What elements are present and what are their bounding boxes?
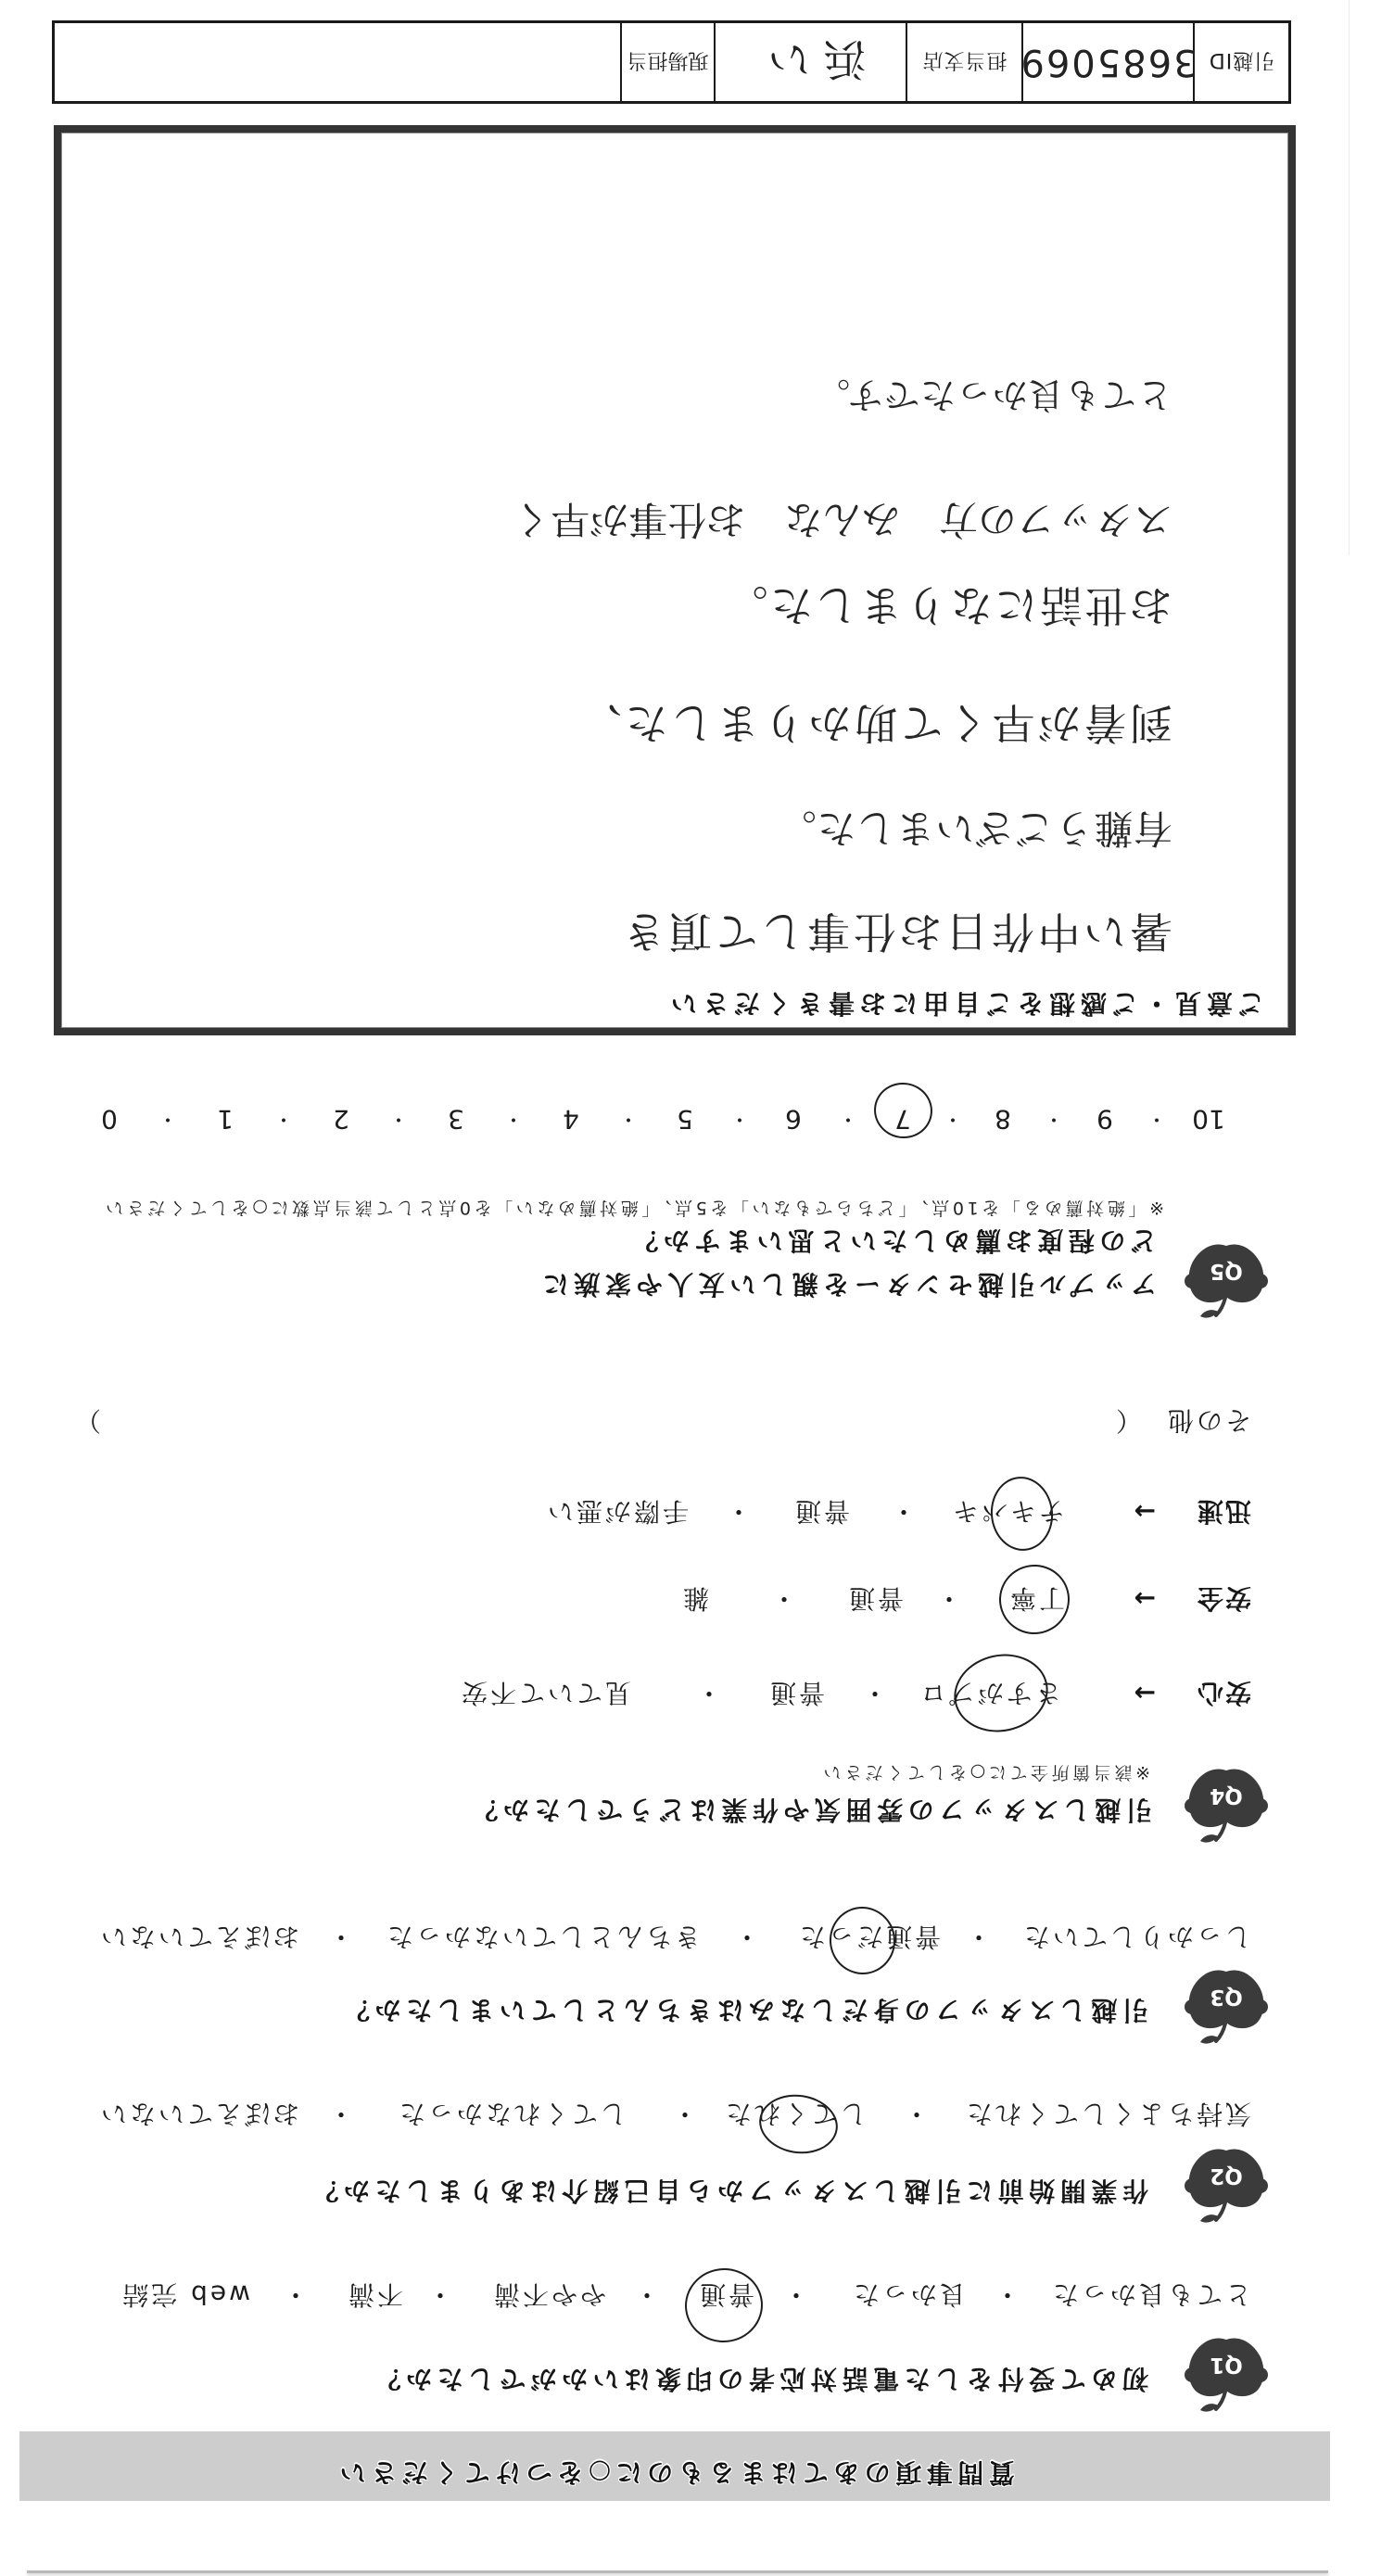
scale-value-0: 0	[91, 1106, 128, 1132]
scale-dot: ・	[270, 1108, 298, 1128]
question-number: Q5	[1210, 1259, 1243, 1283]
scale-dot: ・	[1143, 1108, 1171, 1128]
scale-dot: ・	[1040, 1108, 1068, 1128]
row-label-reassurance: 安心	[1196, 1680, 1251, 1706]
other-close-paren: ）	[72, 1407, 101, 1433]
question-note: ※該当箇所全てに○をしてください	[820, 1763, 1150, 1781]
scale-dot: ・	[726, 1108, 754, 1128]
scale-value-4: 4	[552, 1106, 589, 1132]
scale-value-10: 10	[1190, 1106, 1227, 1132]
scale-value-5: 5	[666, 1106, 703, 1132]
separator: ・	[904, 2100, 930, 2126]
separator: ・	[734, 1923, 760, 1949]
paper-edge	[27, 2570, 1328, 2573]
branch-label-cell: 担当支店	[906, 23, 1021, 101]
handwritten-comment-line: 有難うございました。	[777, 808, 1172, 847]
option-not-introduced: してくれなかった	[397, 2100, 627, 2126]
arrow-right-icon: →	[1134, 1498, 1156, 1524]
row-label-speed: 迅速	[1196, 1498, 1251, 1524]
apple-badge-icon: Q3	[1185, 1967, 1268, 2046]
scanner-edge-line	[1349, 0, 1350, 555]
handwritten-comment-line: スタッフの方 みんな お仕事が早く	[512, 500, 1172, 539]
scale-dot: ・	[500, 1108, 527, 1128]
move-id-label-cell: 引越ID	[1193, 23, 1288, 101]
comments-label: ご意見・ご感想をご自由にお書きください	[665, 990, 1264, 1016]
selection-circle	[824, 1901, 901, 1979]
scale-dot: ・	[939, 1108, 967, 1128]
question-number: Q3	[1210, 1985, 1243, 2009]
branch-value-cell: 浜い	[714, 23, 906, 101]
scale-dot: ・	[154, 1108, 182, 1128]
separator: ・	[726, 1498, 752, 1524]
scale-value-3: 3	[437, 1106, 475, 1132]
scale-dot: ・	[615, 1108, 642, 1128]
option-dissatisfied: 不満	[346, 2281, 403, 2307]
move-id-value: 3685069	[1019, 41, 1197, 83]
option-web-complete: web 完結	[120, 2281, 250, 2307]
instruction-text: 質問事項のあてはまるものに○をつけてください	[335, 2460, 1014, 2486]
separator: ・	[966, 1923, 992, 1949]
separator: ・	[672, 2100, 698, 2126]
branch-value: 浜い	[755, 32, 867, 93]
option-good: 良かった	[851, 2281, 966, 2307]
option-normal: 普通	[846, 1585, 904, 1611]
separator: ・	[283, 2281, 309, 2307]
handwritten-comment-line: 到着が早くて助かりました、	[577, 702, 1173, 744]
arrow-right-icon: →	[1134, 1585, 1156, 1611]
option-normal: 普通	[767, 1680, 825, 1706]
scale-value-1: 1	[207, 1106, 244, 1132]
separator: ・	[696, 1680, 722, 1706]
scale-value-8: 8	[984, 1106, 1021, 1132]
selection-circle	[681, 2265, 767, 2346]
handwritten-comment-line: とても良かったです。	[814, 377, 1172, 412]
apple-badge-icon: Q1	[1185, 2335, 1268, 2414]
separator: ・	[783, 2281, 809, 2307]
selection-circle	[869, 1078, 936, 1143]
option-normal: 普通	[792, 1498, 850, 1524]
site-staff-label-cell: 現場担当	[620, 23, 714, 101]
question-text-line2: どの程度お薦めしたいと思いますか？	[627, 1227, 1157, 1253]
separator: ・	[328, 1923, 354, 1949]
option-dont-remember: おぼえていない	[98, 1923, 299, 1949]
option-worrying: 見ていて不安	[459, 1680, 631, 1706]
selection-circle	[946, 1645, 1055, 1740]
selection-circle	[995, 1560, 1074, 1639]
handwritten-comment-line: お世話になりました。	[723, 584, 1172, 627]
option-rough: 雑	[680, 1585, 709, 1611]
scale-dot: ・	[834, 1108, 862, 1128]
handwritten-comment-line: 暑い中作日お仕事して頂き	[620, 910, 1172, 953]
site-staff-label: 現場担当	[627, 48, 709, 77]
question-number: Q2	[1210, 2164, 1243, 2188]
question-text-line1: アップル引越センターを親しい友人や家族に	[538, 1271, 1157, 1297]
scale-value-6: 6	[775, 1106, 812, 1132]
other-open-paren: （	[1113, 1407, 1142, 1433]
selection-circle	[987, 1474, 1057, 1554]
scale-value-9: 9	[1086, 1106, 1123, 1132]
separator: ・	[936, 1585, 962, 1611]
apple-badge-icon: Q2	[1185, 2146, 1268, 2225]
question-number: Q1	[1210, 2353, 1243, 2377]
apple-badge-icon: Q4	[1185, 1766, 1268, 1845]
move-id-label: 引越ID	[1209, 48, 1274, 77]
option-very-good: とても良かった	[1050, 2281, 1251, 2307]
question-text: 初めて受付をした電話対応者の印象はいかがでしたか？	[370, 2366, 1148, 2392]
instruction-band: 質問事項のあてはまるものに○をつけてください	[19, 2431, 1330, 2501]
question-text: 引越しスタッフの身だしなみはきちんとしていましたか？	[338, 1997, 1148, 2023]
scale-value-2: 2	[323, 1106, 360, 1132]
question-number: Q4	[1210, 1783, 1243, 1808]
separator: ・	[328, 2100, 354, 2126]
option-somewhat-dissatisfied: やや不満	[491, 2281, 606, 2307]
separator: ・	[862, 1680, 888, 1706]
branch-label: 担当支店	[922, 48, 1007, 77]
questionnaire-sheet: 質問事項のあてはまるものに○をつけてください Q1 初めて受付をした電話対応者の…	[0, 0, 1394, 2576]
option-dont-remember: おぼえていない	[98, 2100, 299, 2126]
arrow-right-icon: →	[1134, 1680, 1156, 1706]
scale-dot: ・	[385, 1108, 412, 1128]
option-clumsy: 手際が悪い	[545, 1498, 689, 1524]
question-text: 引越しスタッフの雰囲気や作業はどうでしたか？	[467, 1796, 1152, 1822]
separator: ・	[771, 1585, 797, 1611]
question-text: 作業開始前に引越しスタッフから自己紹介はありましたか？	[308, 2177, 1148, 2203]
row-label-safety: 安全	[1196, 1585, 1251, 1611]
separator: ・	[891, 1498, 917, 1524]
option-not-neat: きちんとしていなかった	[385, 1923, 701, 1949]
separator: ・	[995, 2281, 1020, 2307]
question-note: ※「絶対薦める」を10点、「どちらでもない」を5点、「絶対薦めない」を0点として…	[103, 1199, 1164, 1216]
site-staff-value-cell	[55, 23, 620, 101]
option-pleasantly-introduced: 気持ちよくしてくれた	[964, 2100, 1251, 2126]
option-neat: しっかりしていた	[1021, 1923, 1251, 1949]
move-id-value-cell: 3685069	[1021, 23, 1193, 101]
move-info-table: 引越ID 3685069 担当支店 浜い 現場担当	[52, 20, 1291, 104]
separator: ・	[427, 2281, 453, 2307]
apple-badge-icon: Q5	[1185, 1241, 1268, 1320]
other-label: その他	[1165, 1407, 1251, 1433]
separator: ・	[634, 2281, 660, 2307]
